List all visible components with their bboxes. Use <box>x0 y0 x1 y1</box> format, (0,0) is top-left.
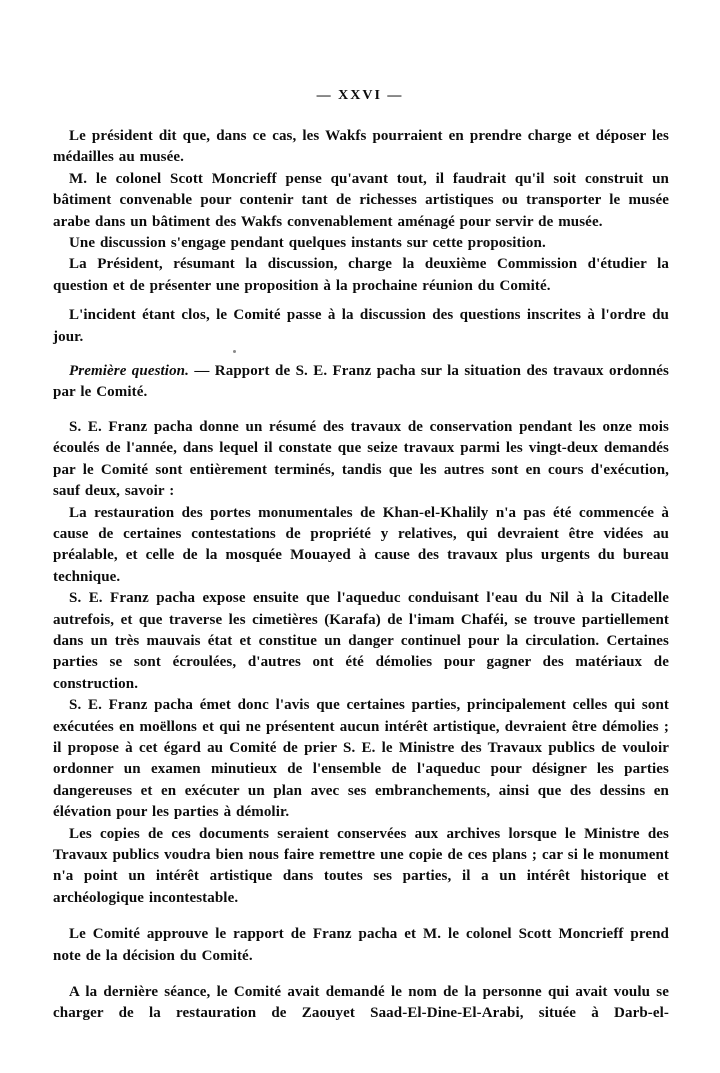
paragraph-comite-approuve: Le Comité approuve le rapport de Franz p… <box>53 924 669 967</box>
question-heading-label: Première question. <box>69 363 189 379</box>
paragraph-incident-clos: L'incident étant clos, le Comité passe à… <box>53 305 669 348</box>
paragraph-president-wakfs: Le président dit que, dans ce cas, les W… <box>53 126 669 169</box>
page-number: — XXVI — <box>0 88 720 104</box>
page-text-block: Le président dit que, dans ce cas, les W… <box>53 126 669 1025</box>
paragraph-derniere-seance: A la dernière séance, le Comité avait de… <box>53 982 669 1025</box>
paragraph-avis-demolition: S. E. Franz pacha émet donc l'avis que c… <box>53 695 669 823</box>
paragraph-president-commission: La Président, résumant la discussion, ch… <box>53 254 669 297</box>
paragraph-discussion: Une discussion s'engage pendant quelques… <box>53 233 669 254</box>
paragraph-copies-documents: Les copies de ces documents seraient con… <box>53 824 669 910</box>
paragraph-franz-resume: S. E. Franz pacha donne un résumé des tr… <box>53 417 669 503</box>
scanned-document-page: — XXVI — Le président dit que, dans ce c… <box>0 0 720 1073</box>
paragraph-moncrieff-batiment: M. le colonel Scott Moncrieff pense qu'a… <box>53 169 669 233</box>
paragraph-aqueduc-etat: S. E. Franz pacha expose ensuite que l'a… <box>53 588 669 695</box>
paragraph-restauration-portes: La restauration des portes monumentales … <box>53 503 669 589</box>
paragraph-premiere-question: Première question. — Rapport de S. E. Fr… <box>53 361 669 404</box>
